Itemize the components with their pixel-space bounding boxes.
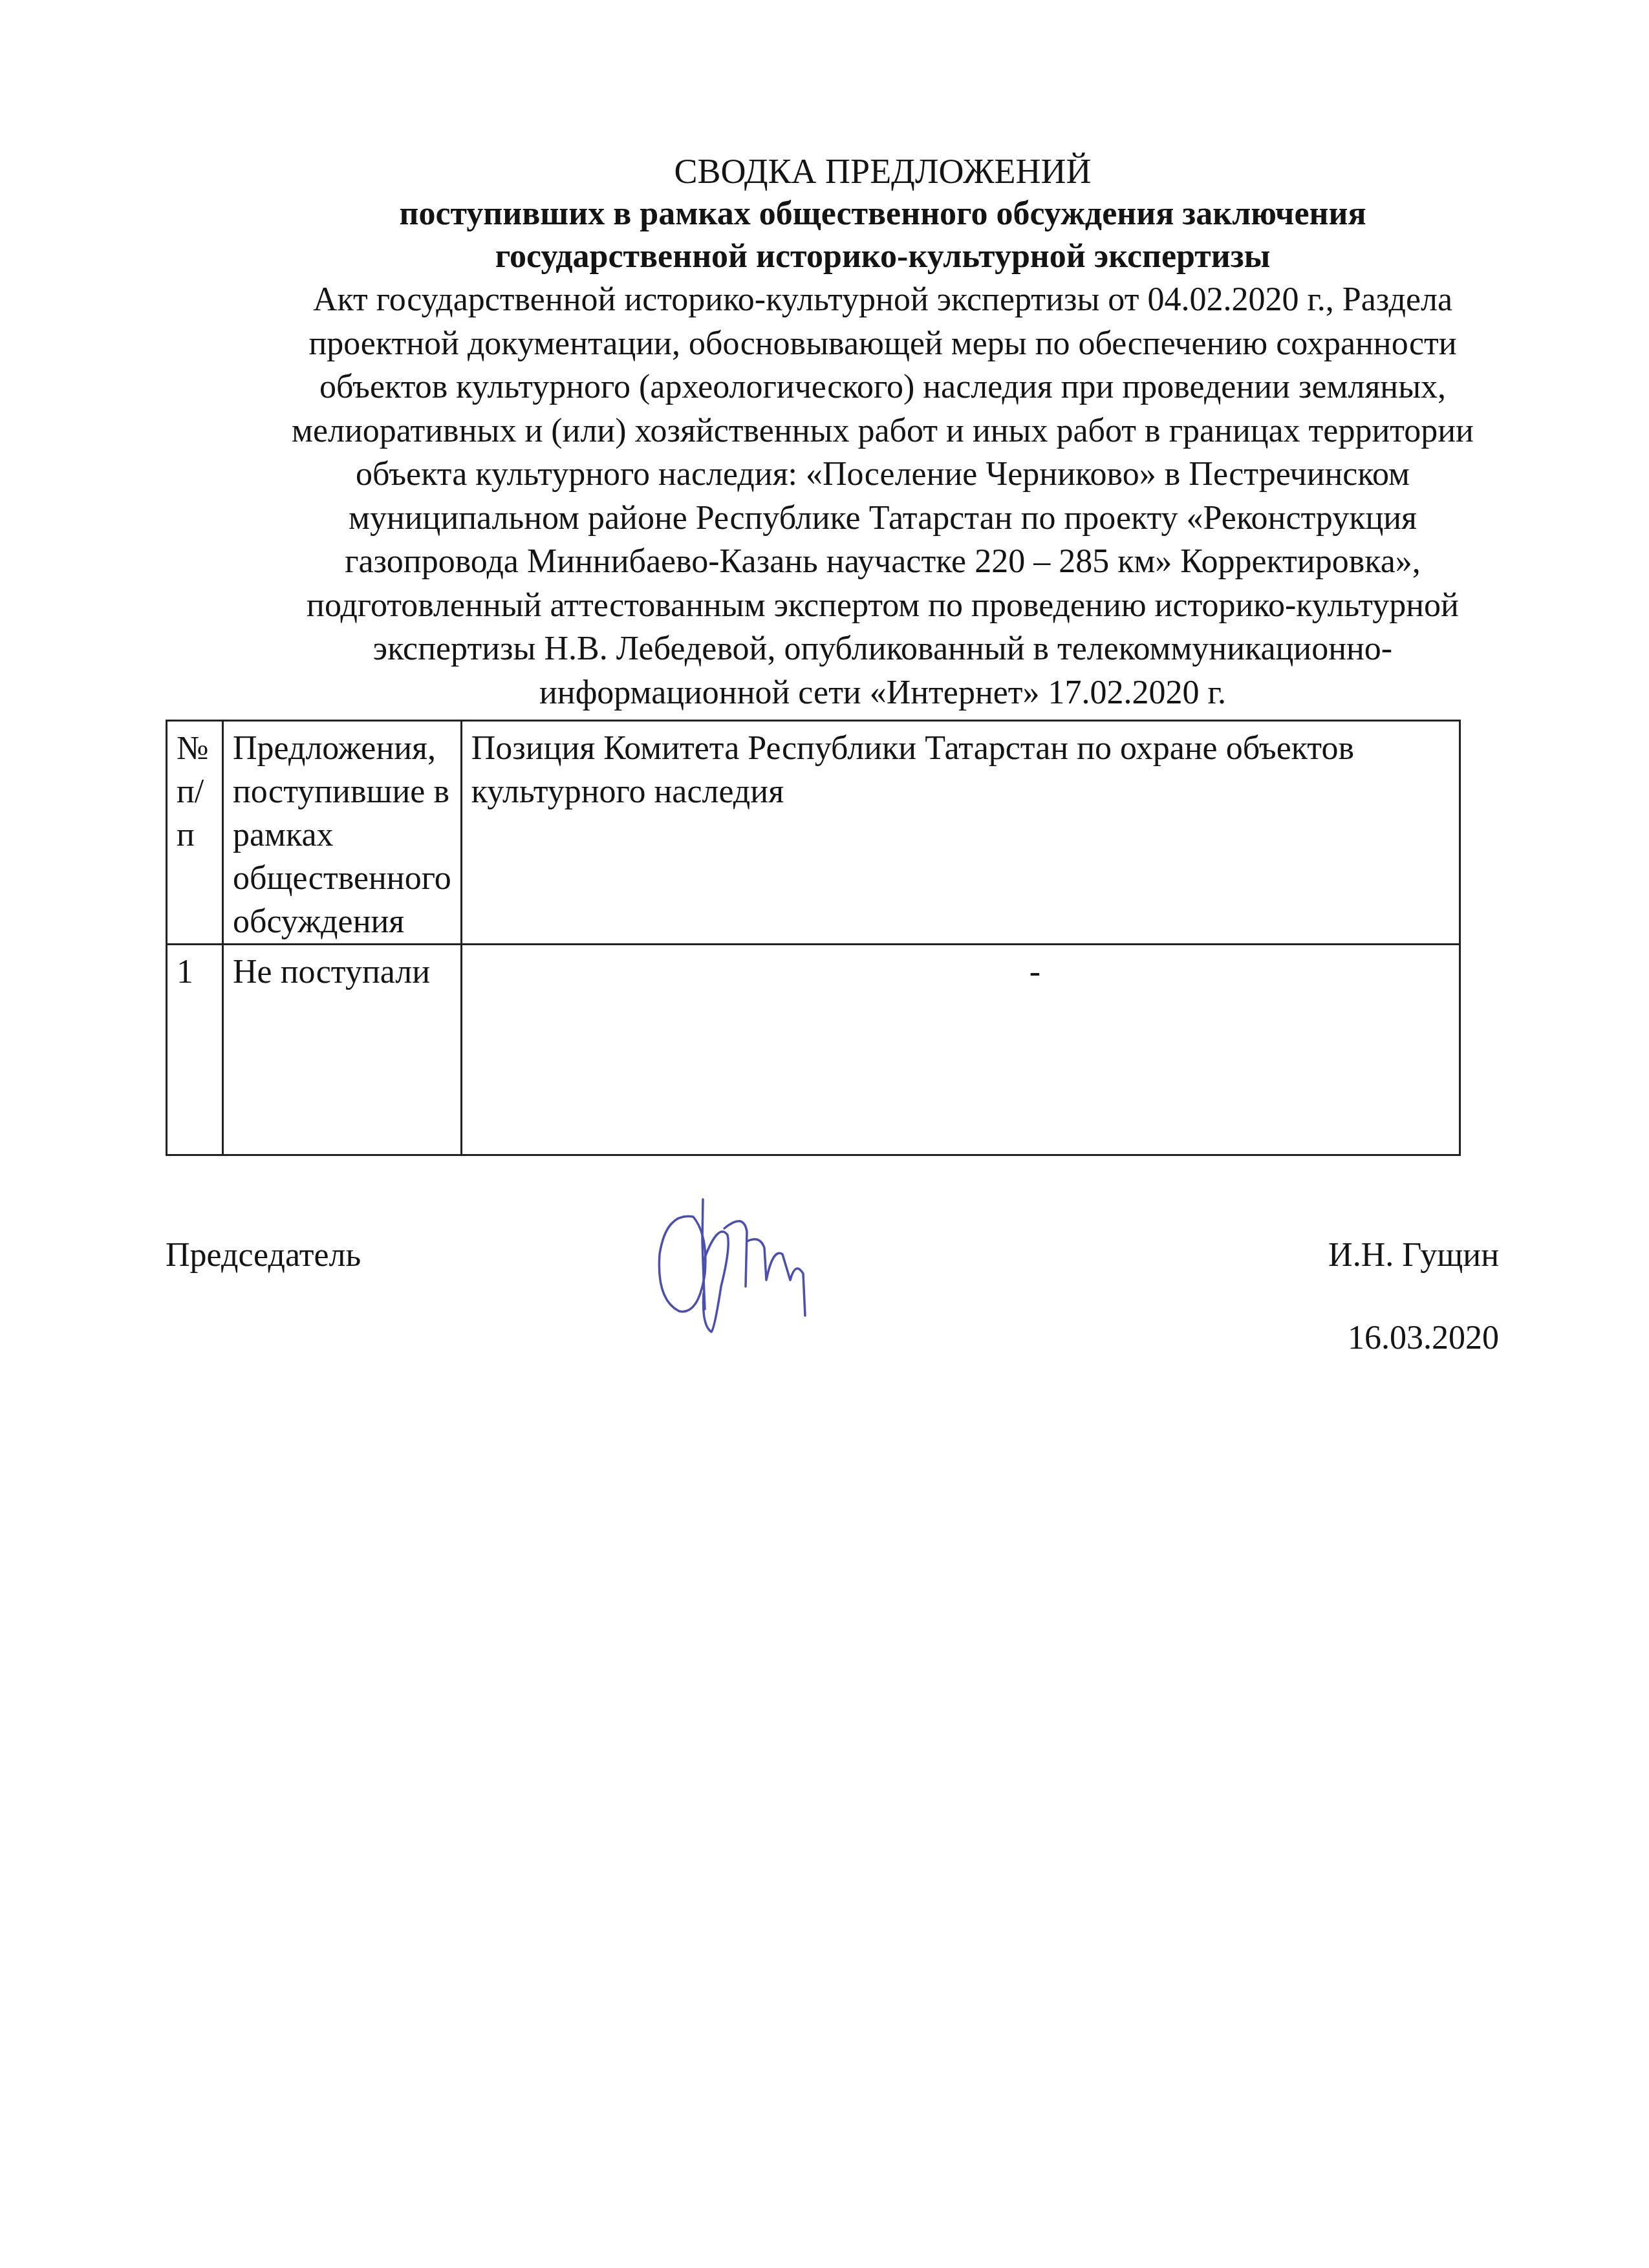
header-number: № п/п	[167, 721, 223, 945]
table-header-row: № п/п Предложения, поступившие в рамках …	[167, 721, 1460, 945]
body-text-line: газопровода Миннибаево-Казань научастке …	[194, 540, 1571, 584]
body-text-line: Акт государственной историко-культурной …	[194, 278, 1571, 322]
row-position: -	[461, 945, 1460, 1155]
body-text-line: информационной сети «Интернет» 17.02.202…	[194, 671, 1571, 715]
body-text-line: мелиоративных и (или) хозяйственных рабо…	[194, 409, 1571, 453]
signature-date: 16.03.2020	[1348, 1319, 1499, 1358]
position-value: -	[1029, 950, 1040, 994]
document-subtitle-line: государственной историко-культурной эксп…	[194, 235, 1571, 278]
body-text-line: муниципальном районе Республике Татарста…	[194, 497, 1571, 540]
body-text-line: объектов культурного (археологического) …	[194, 365, 1571, 409]
document-title: СВОДКА ПРЕДЛОЖЕНИЙ	[194, 150, 1571, 193]
signatory-name: И.Н. Гущин	[1328, 1236, 1499, 1275]
document-subtitle-line: поступивших в рамках общественного обсуж…	[194, 193, 1571, 235]
header-committee-position: Позиция Комитета Республики Татарстан по…	[461, 721, 1460, 945]
document-header: СВОДКА ПРЕДЛОЖЕНИЙ поступивших в рамках …	[194, 150, 1571, 714]
proposals-table: № п/п Предложения, поступившие в рамках …	[166, 720, 1461, 1156]
body-text-line: объекта культурного наследия: «Поселение…	[194, 453, 1571, 497]
handwritten-signature-icon	[621, 1196, 931, 1345]
signatory-role: Председатель	[166, 1236, 361, 1275]
body-text-line: подготовленный аттестованным экспертом п…	[194, 584, 1571, 628]
table-row: 1 Не поступали -	[167, 945, 1460, 1155]
body-text-line: проектной документации, обосновывающей м…	[194, 322, 1571, 366]
body-text-line: экспертизы Н.В. Лебедевой, опубликованны…	[194, 627, 1571, 671]
row-number: 1	[167, 945, 223, 1155]
header-proposals: Предложения, поступившие в рамках общест…	[223, 721, 462, 945]
row-proposal: Не поступали	[223, 945, 462, 1155]
